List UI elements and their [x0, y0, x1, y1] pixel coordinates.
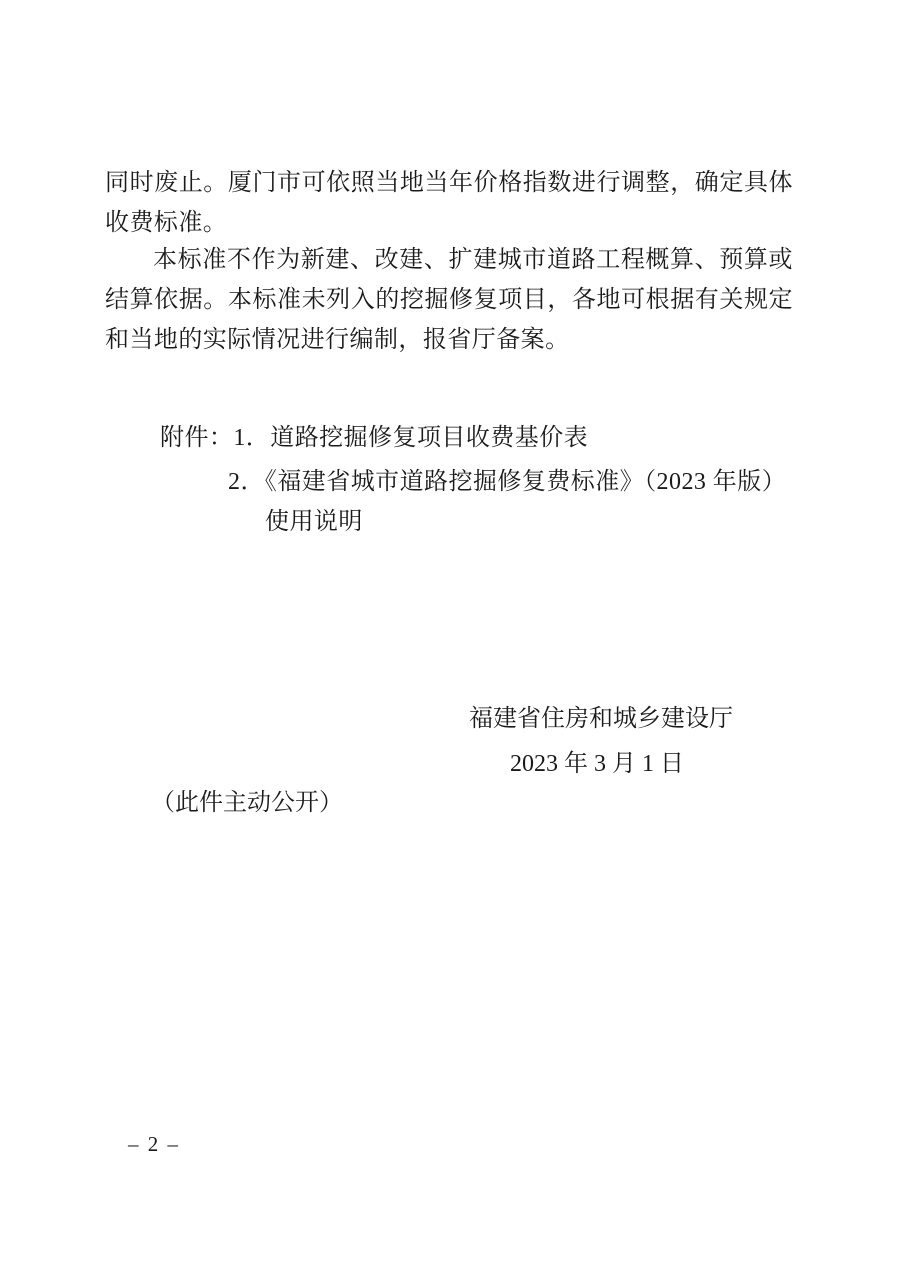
paragraph-scope-note: 本标准不作为新建、改建、扩建城市道路工程概算、预算或结算依据。本标准未列入的挖掘…	[105, 240, 793, 360]
attachment-list-item-1: 附件：1．道路挖掘修复项目收费基价表	[160, 418, 588, 458]
signature-agency: 福建省住房和城乡建设厅	[469, 701, 733, 737]
attachment-list-item-2-continued: 使用说明	[265, 502, 363, 542]
document-page: 同时废止。厦门市可依照当地当年价格指数进行调整，确定具体收费标准。 本标准不作为…	[0, 0, 900, 1272]
attachment-list-item-2: 2．《福建省城市道路挖掘修复费标准》（2023 年版）	[228, 462, 786, 502]
signature-date: 2023 年 3 月 1 日	[510, 746, 684, 782]
paragraph-closing-provision: 同时废止。厦门市可依照当地当年价格指数进行调整，确定具体收费标准。	[105, 163, 793, 243]
disclosure-note: （此件主动公开）	[151, 785, 343, 821]
page-number: – 2 –	[128, 1130, 180, 1158]
